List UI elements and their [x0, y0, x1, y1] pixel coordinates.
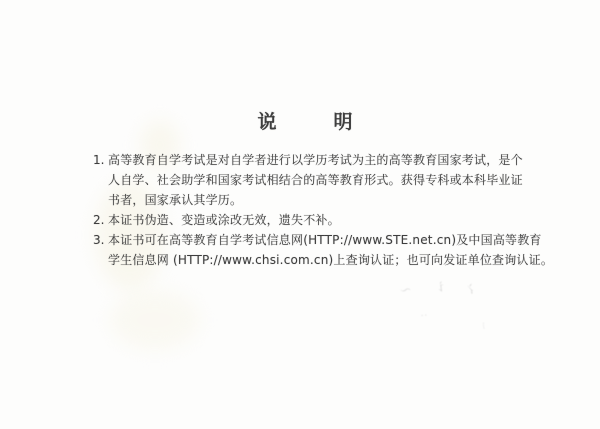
note-text-line: 人自学、社会助学和国家考试相结合的高等教育形式。获得专科或本科毕业证: [108, 170, 517, 190]
bleed-through-mark: ‥: [419, 306, 428, 320]
title-char-left: 说: [257, 112, 276, 132]
note-number: 3.: [93, 230, 104, 250]
note-item-1: 1. 高等教育自学考试是对自学者进行以学历考试为主的高等教育国家考试，是个 人自…: [93, 150, 517, 210]
note-item-2: 2. 本证书伪造、变造或涂改无效，遗失不补。: [93, 210, 517, 230]
title-char-right: 明: [334, 112, 353, 132]
note-text-line: 学生信息网 (HTTP://www.chsi.com.cn)上查询认证；也可向发…: [108, 250, 517, 270]
bleed-through-mark: 〜: [397, 281, 412, 298]
note-number: 2.: [93, 210, 104, 230]
bleed-through-mark: 冫: [462, 280, 475, 297]
note-text-line: 本证书伪造、变造或涂改无效，遗失不补。: [108, 210, 517, 230]
scan-stain: [110, 290, 200, 350]
notes-section: 说 明 1. 高等教育自学考试是对自学者进行以学历考试为主的高等教育国家考试，是…: [93, 112, 517, 270]
scanned-document-page: 说 明 1. 高等教育自学考试是对自学者进行以学历考试为主的高等教育国家考试，是…: [0, 0, 600, 429]
page-title: 说 明: [93, 112, 517, 132]
note-item-3: 3. 本证书可在高等教育自学考试信息网(HTTP://www.STE.net.c…: [93, 230, 517, 270]
note-text-line: 高等教育自学考试是对自学者进行以学历考试为主的高等教育国家考试，是个: [108, 150, 517, 170]
note-text-line: 书者，国家承认其学历。: [108, 190, 517, 210]
bleed-through-mark: 讠: [432, 278, 445, 295]
bleed-through-mark: ﹜: [478, 318, 488, 332]
note-number: 1.: [93, 150, 104, 170]
note-text-line: 本证书可在高等教育自学考试信息网(HTTP://www.STE.net.cn)及…: [108, 230, 517, 250]
